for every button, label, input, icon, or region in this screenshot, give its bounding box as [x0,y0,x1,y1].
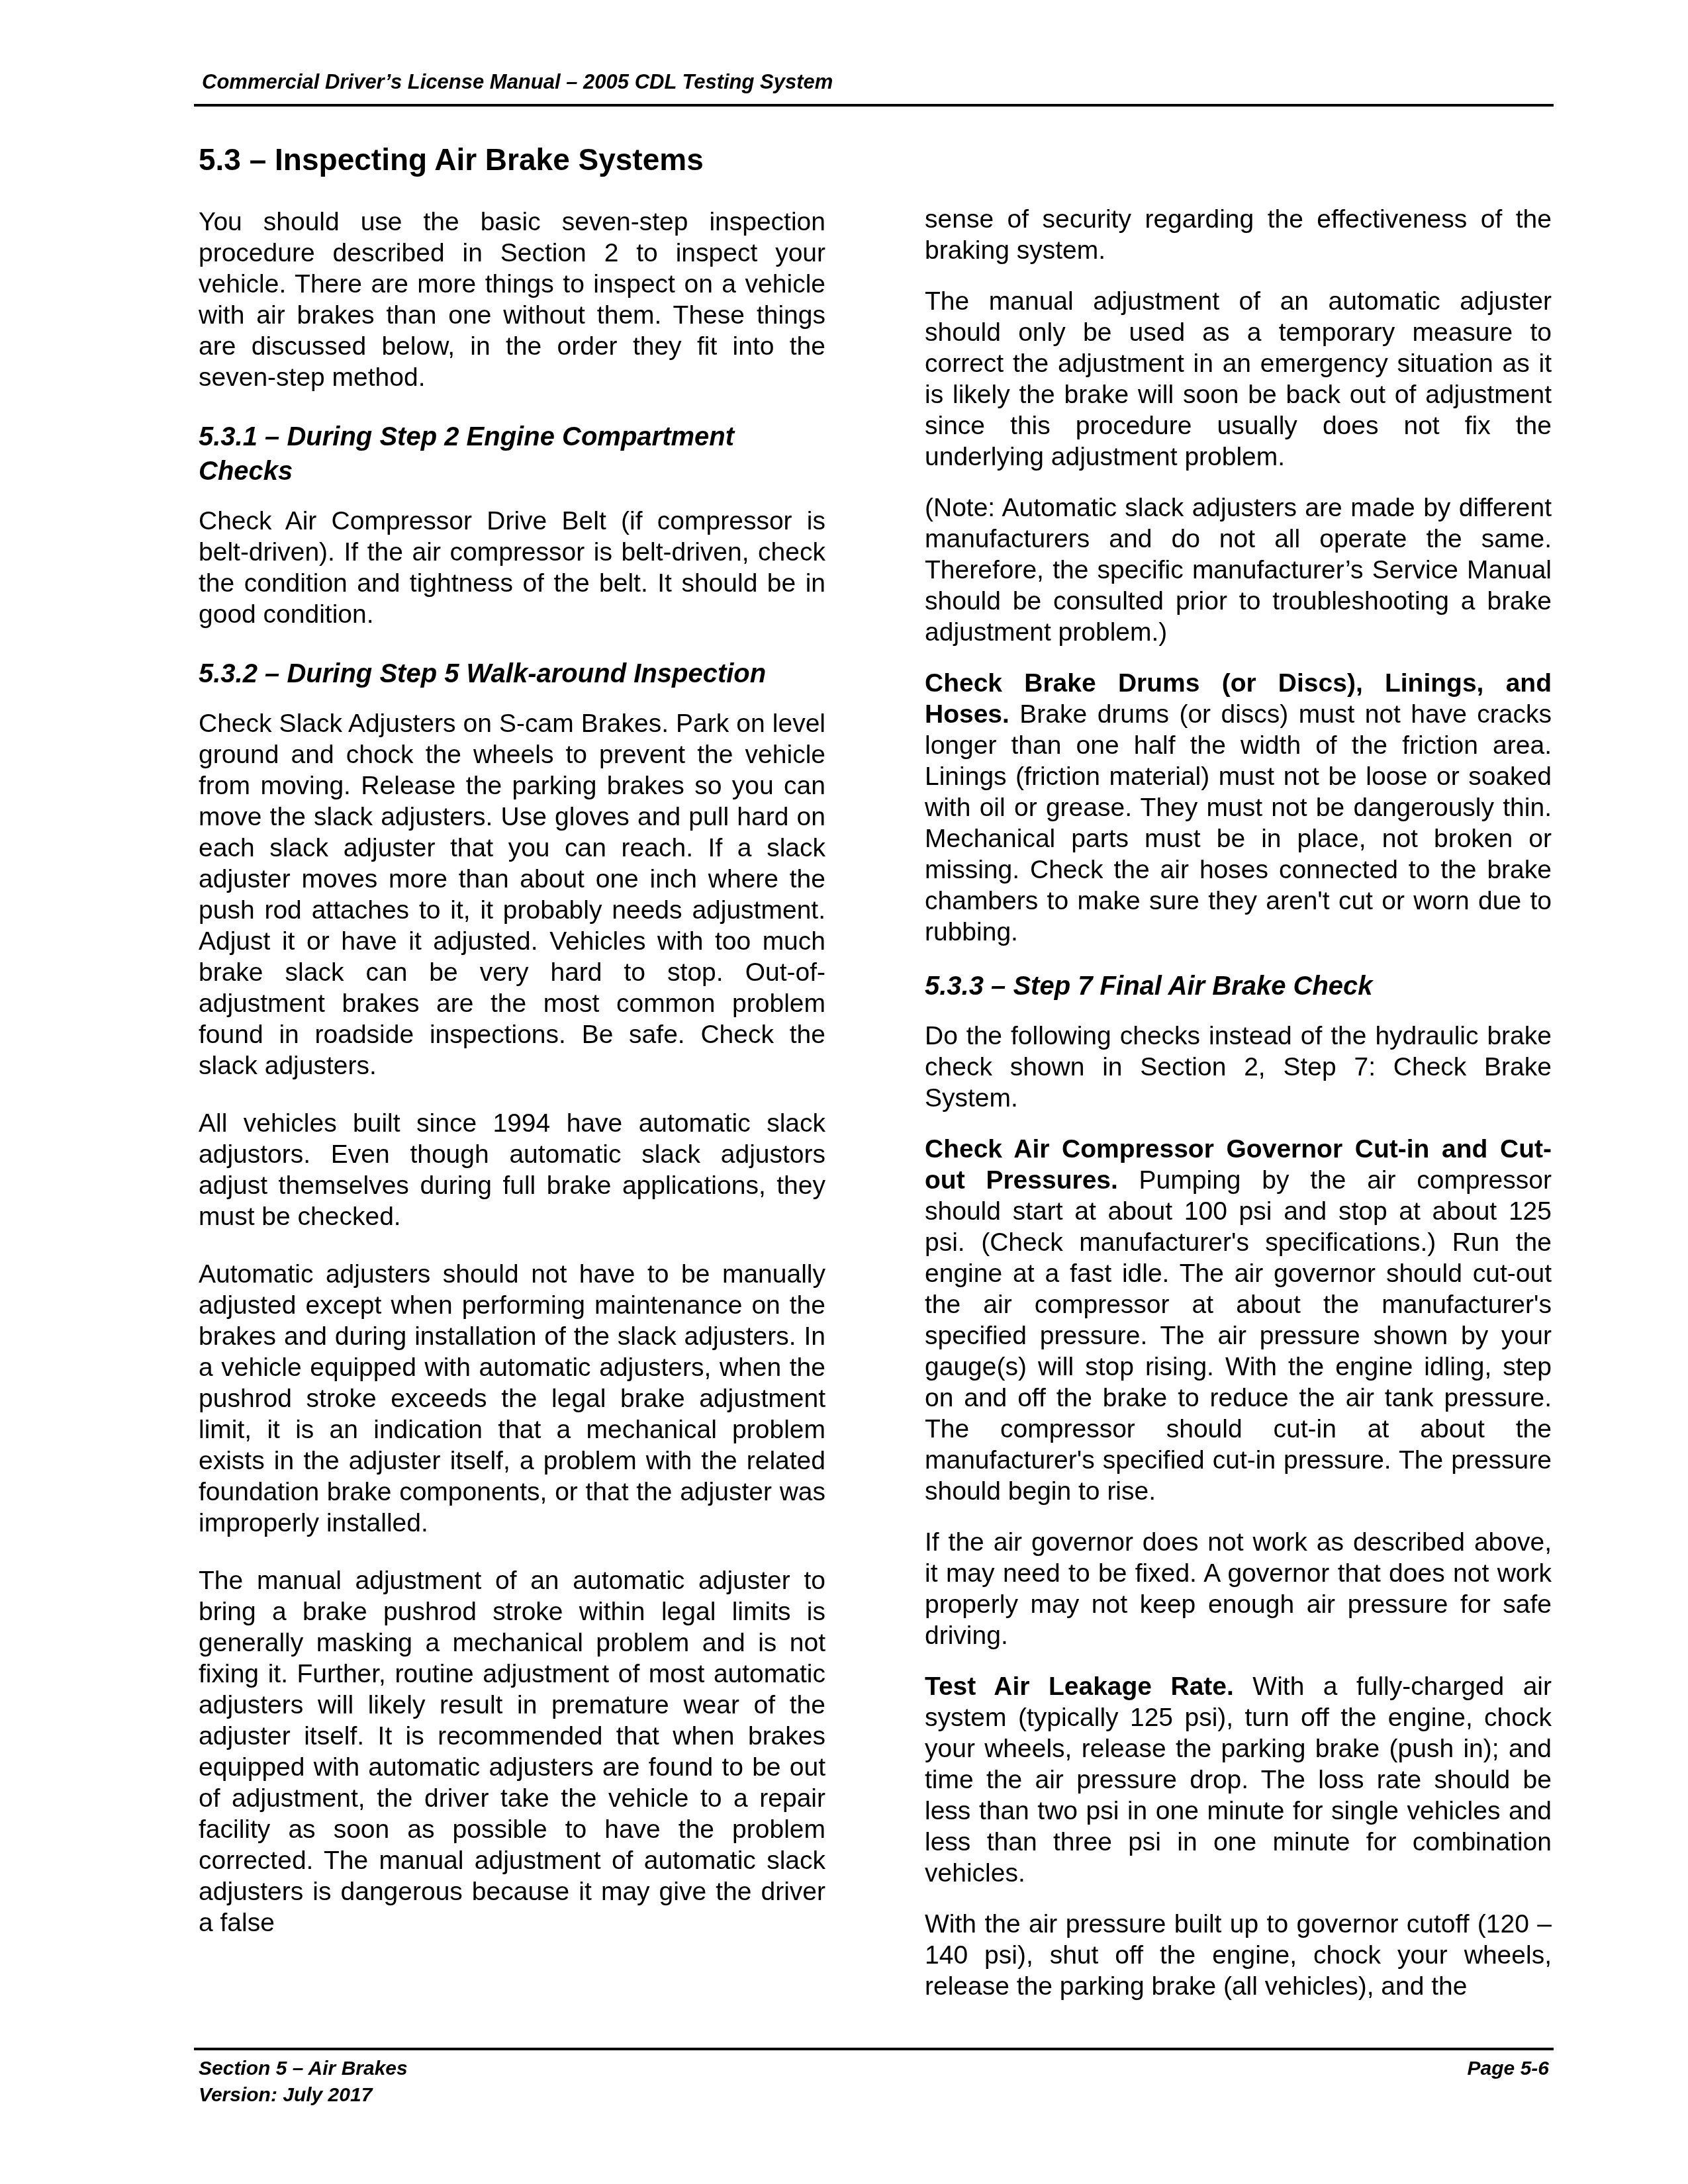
paragraph-intro: You should use the basic seven-step insp… [199,206,825,393]
page-header-title: Commercial Driver’s License Manual – 200… [202,70,833,94]
paragraph-do-following: Do the following checks instead of the h… [925,1021,1552,1114]
footer-section-info: Section 5 – Air Brakes Version: July 201… [199,2056,408,2109]
paragraph-with-pressure: With the air pressure built up to govern… [925,1909,1552,2002]
paragraph-automatic-adjusters: Automatic adjusters should not have to b… [199,1259,825,1539]
section-5-3-2-heading: 5.3.2 – During Step 5 Walk-around Inspec… [199,657,825,691]
paragraph-air-leakage: Test Air Leakage Rate. With a fully-char… [925,1671,1552,1889]
right-column: sense of security regarding the effectiv… [925,140,1552,2022]
paragraph-note: (Note: Automatic slack adjusters are mad… [925,492,1552,648]
paragraph-if-governor: If the air governor does not work as des… [925,1527,1552,1651]
section-5-3-heading: 5.3 – Inspecting Air Brake Systems [199,140,825,179]
left-column: 5.3 – Inspecting Air Brake Systems You s… [199,140,825,2022]
governor-body: Pumping by the air compressor should sta… [925,1166,1552,1506]
paragraph-brake-drums: Check Brake Drums (or Discs), Linings, a… [925,668,1552,948]
air-leakage-lead-in: Test Air Leakage Rate. [925,1672,1234,1701]
paragraph-slack-adjusters: Check Slack Adjusters on S-cam Brakes. P… [199,708,825,1081]
air-leakage-body: With a fully-charged air system (typical… [925,1672,1552,1888]
paragraph-sense-security: sense of security regarding the effectiv… [925,204,1552,266]
footer-page-number: Page 5-6 [1468,2056,1549,2082]
document-page: Commercial Driver’s License Manual – 200… [0,0,1688,2184]
paragraph-governor-pressures: Check Air Compressor Governor Cut-in and… [925,1134,1552,1507]
paragraph-since-1994: All vehicles built since 1994 have autom… [199,1108,825,1232]
footer-divider [194,2048,1554,2050]
paragraph-drive-belt: Check Air Compressor Drive Belt (if comp… [199,506,825,630]
two-column-content: 5.3 – Inspecting Air Brake Systems You s… [199,140,1552,2022]
header-divider [194,104,1554,107]
footer-section-label: Section 5 – Air Brakes [199,2056,408,2082]
paragraph-manual-adjustment: The manual adjustment of an automatic ad… [199,1565,825,1938]
paragraph-temporary-measure: The manual adjustment of an automatic ad… [925,286,1552,473]
section-5-3-3-heading: 5.3.3 – Step 7 Final Air Brake Check [925,969,1552,1003]
section-5-3-1-heading: 5.3.1 – During Step 2 Engine Compartment… [199,420,825,488]
brake-drums-body: Brake drums (or discs) must not have cra… [925,700,1552,946]
footer-version-label: Version: July 2017 [199,2082,408,2109]
